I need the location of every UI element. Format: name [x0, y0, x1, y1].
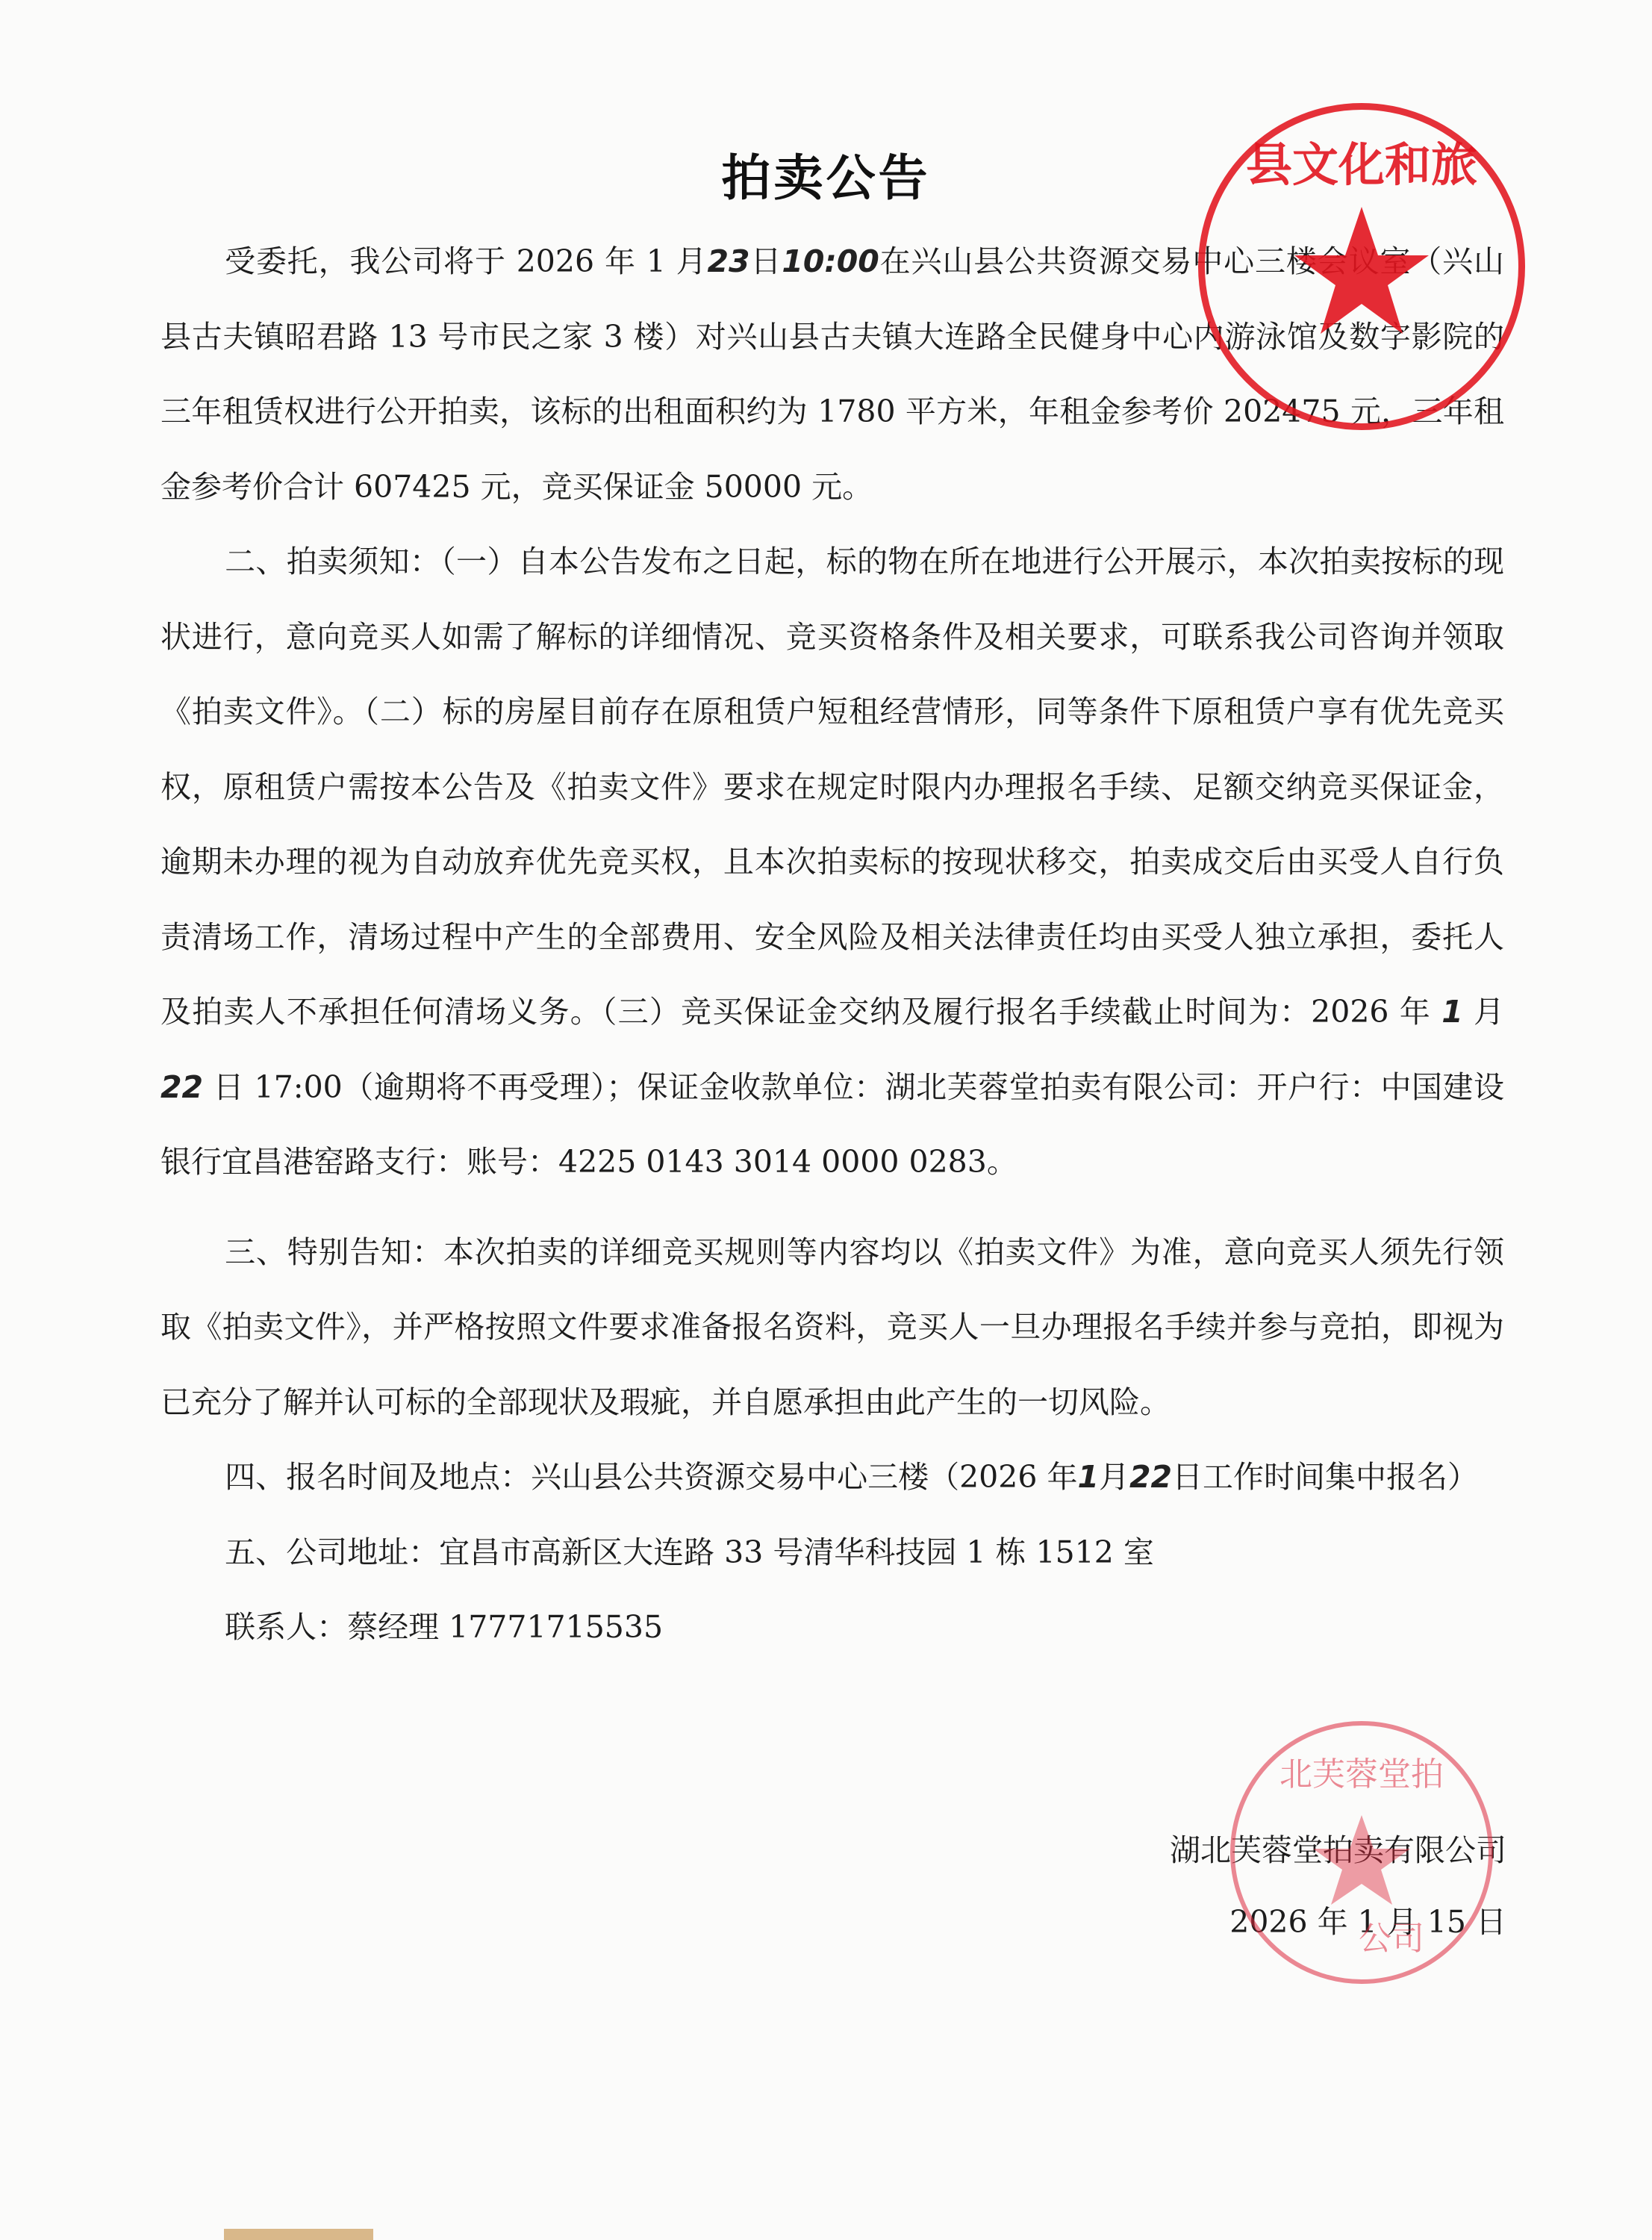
- seal-star-icon: 县文化和旅: [1205, 110, 1518, 423]
- company-seal-stamp: 北芙蓉堂拍 公司: [1230, 1721, 1493, 1984]
- auction-notice-paragraph: 二、拍卖须知：（一）自本公告发布之日起，标的物在所在地进行公开展示，本次拍卖按标…: [160, 524, 1504, 1200]
- svg-text:北芙蓉堂拍: 北芙蓉堂拍: [1279, 1755, 1444, 1793]
- handwritten-month: 1: [1441, 994, 1463, 1030]
- special-notice-paragraph: 三、特别告知：本次拍卖的详细竞买规则等内容均以《拍卖文件》为准，意向竞买人须先行…: [160, 1215, 1504, 1440]
- registration-text-3: 日工作时间集中报名）: [1172, 1459, 1478, 1495]
- registration-paragraph: 四、报名时间及地点：兴山县公共资源交易中心三楼（2026 年1月22日工作时间集…: [160, 1440, 1504, 1515]
- spacer: [160, 1200, 1504, 1215]
- handwritten-day: 22: [160, 1069, 203, 1105]
- svg-text:县文化和旅: 县文化和旅: [1246, 137, 1477, 192]
- notice-text-2: 月: [1463, 994, 1504, 1030]
- document-page: 拍卖公告 受委托，我公司将于 2026 年 1 月23日10:00在兴山县公共资…: [0, 0, 1652, 2240]
- intro-text-2: 日: [750, 243, 782, 279]
- scan-artifact: [224, 2229, 373, 2240]
- contact-person: 联系人：蔡经理 17771715535: [160, 1590, 1504, 1665]
- registration-text-2: 月: [1099, 1459, 1129, 1495]
- seal-star-icon: 北芙蓉堂拍 公司: [1235, 1726, 1489, 1979]
- company-address: 五、公司地址：宜昌市高新区大连路 33 号清华科技园 1 栋 1512 室: [160, 1515, 1504, 1590]
- notice-text-1: 二、拍卖须知：（一）自本公告发布之日起，标的物在所在地进行公开展示，本次拍卖按标…: [160, 544, 1504, 1030]
- svg-text:公司: 公司: [1359, 1920, 1424, 1958]
- handwritten-day: 23: [708, 243, 750, 279]
- registration-text-1: 四、报名时间及地点：兴山县公共资源交易中心三楼（2026 年: [225, 1459, 1077, 1495]
- notice-text-3: 日 17:00（逾期将不再受理）；保证金收款单位：湖北芙蓉堂拍卖有限公司：开户行…: [160, 1069, 1504, 1180]
- handwritten-day: 22: [1129, 1459, 1172, 1495]
- client-seal-stamp: 县文化和旅: [1198, 103, 1525, 430]
- intro-text-1: 受委托，我公司将于 2026 年 1 月: [225, 243, 707, 279]
- handwritten-time: 10:00: [782, 243, 879, 279]
- document-body: 受委托，我公司将于 2026 年 1 月23日10:00在兴山县公共资源交易中心…: [160, 224, 1504, 1665]
- handwritten-month: 1: [1077, 1459, 1099, 1495]
